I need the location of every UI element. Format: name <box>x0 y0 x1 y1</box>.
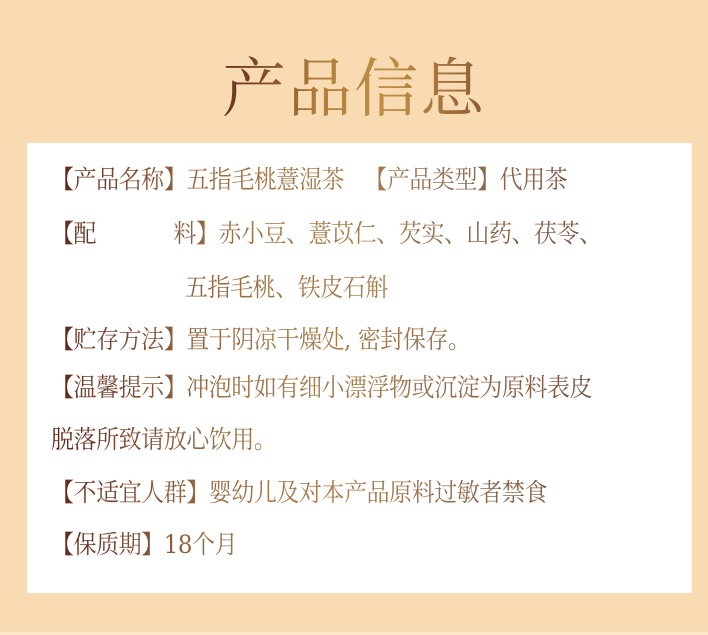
unsuitable-label: 【不适宜人群】 <box>51 478 209 507</box>
shelf-life-row: 【保质期】18个月 <box>51 528 237 562</box>
ingredients-row-continued: 五指毛桃、铁皮石斛 <box>185 271 388 305</box>
tips-label: 【温馨提示】 <box>51 373 186 402</box>
product-info-panel: 【产品名称】五指毛桃薏湿茶【产品类型】代用茶 【配料】赤小豆、薏苡仁、芡实、山药… <box>27 143 692 593</box>
storage-row: 【贮存方法】置于阴凉干燥处, 密封保存。 <box>51 323 470 357</box>
ingredients-label-end: 料】 <box>173 219 218 248</box>
tips-value-line2: 脱落所致请放心饮用。 <box>51 425 276 454</box>
ingredients-value-line2: 五指毛桃、铁皮石斛 <box>185 273 388 302</box>
unsuitable-row: 【不适宜人群】婴幼儿及对本产品原料过敏者禁食 <box>51 476 547 510</box>
ingredients-row: 【配料】赤小豆、薏苡仁、芡实、山药、茯苓、 <box>51 217 602 251</box>
product-name-value: 五指毛桃薏湿茶 <box>186 165 344 194</box>
ingredients-value-line1: 赤小豆、薏苡仁、芡实、山药、茯苓、 <box>218 219 601 248</box>
shelf-life-value: 18个月 <box>164 530 237 559</box>
storage-value: 置于阴凉干燥处, 密封保存。 <box>186 325 470 354</box>
page-title: 产品信息 <box>0 50 708 130</box>
shelf-life-label: 【保质期】 <box>51 530 164 559</box>
storage-label: 【贮存方法】 <box>51 325 186 354</box>
product-name-label: 【产品名称】 <box>51 165 186 194</box>
tips-row-continued: 脱落所致请放心饮用。 <box>51 423 276 457</box>
product-name-row: 【产品名称】五指毛桃薏湿茶【产品类型】代用茶 <box>51 163 567 197</box>
product-type-value: 代用茶 <box>500 165 568 194</box>
product-type-label: 【产品类型】 <box>364 165 499 194</box>
ingredients-label-start: 【配 <box>51 219 96 248</box>
tips-row: 【温馨提示】冲泡时如有细小漂浮物或沉淀为原料表皮 <box>51 371 592 405</box>
unsuitable-value: 婴幼儿及对本产品原料过敏者禁食 <box>209 478 547 507</box>
tips-value-line1: 冲泡时如有细小漂浮物或沉淀为原料表皮 <box>186 373 592 402</box>
